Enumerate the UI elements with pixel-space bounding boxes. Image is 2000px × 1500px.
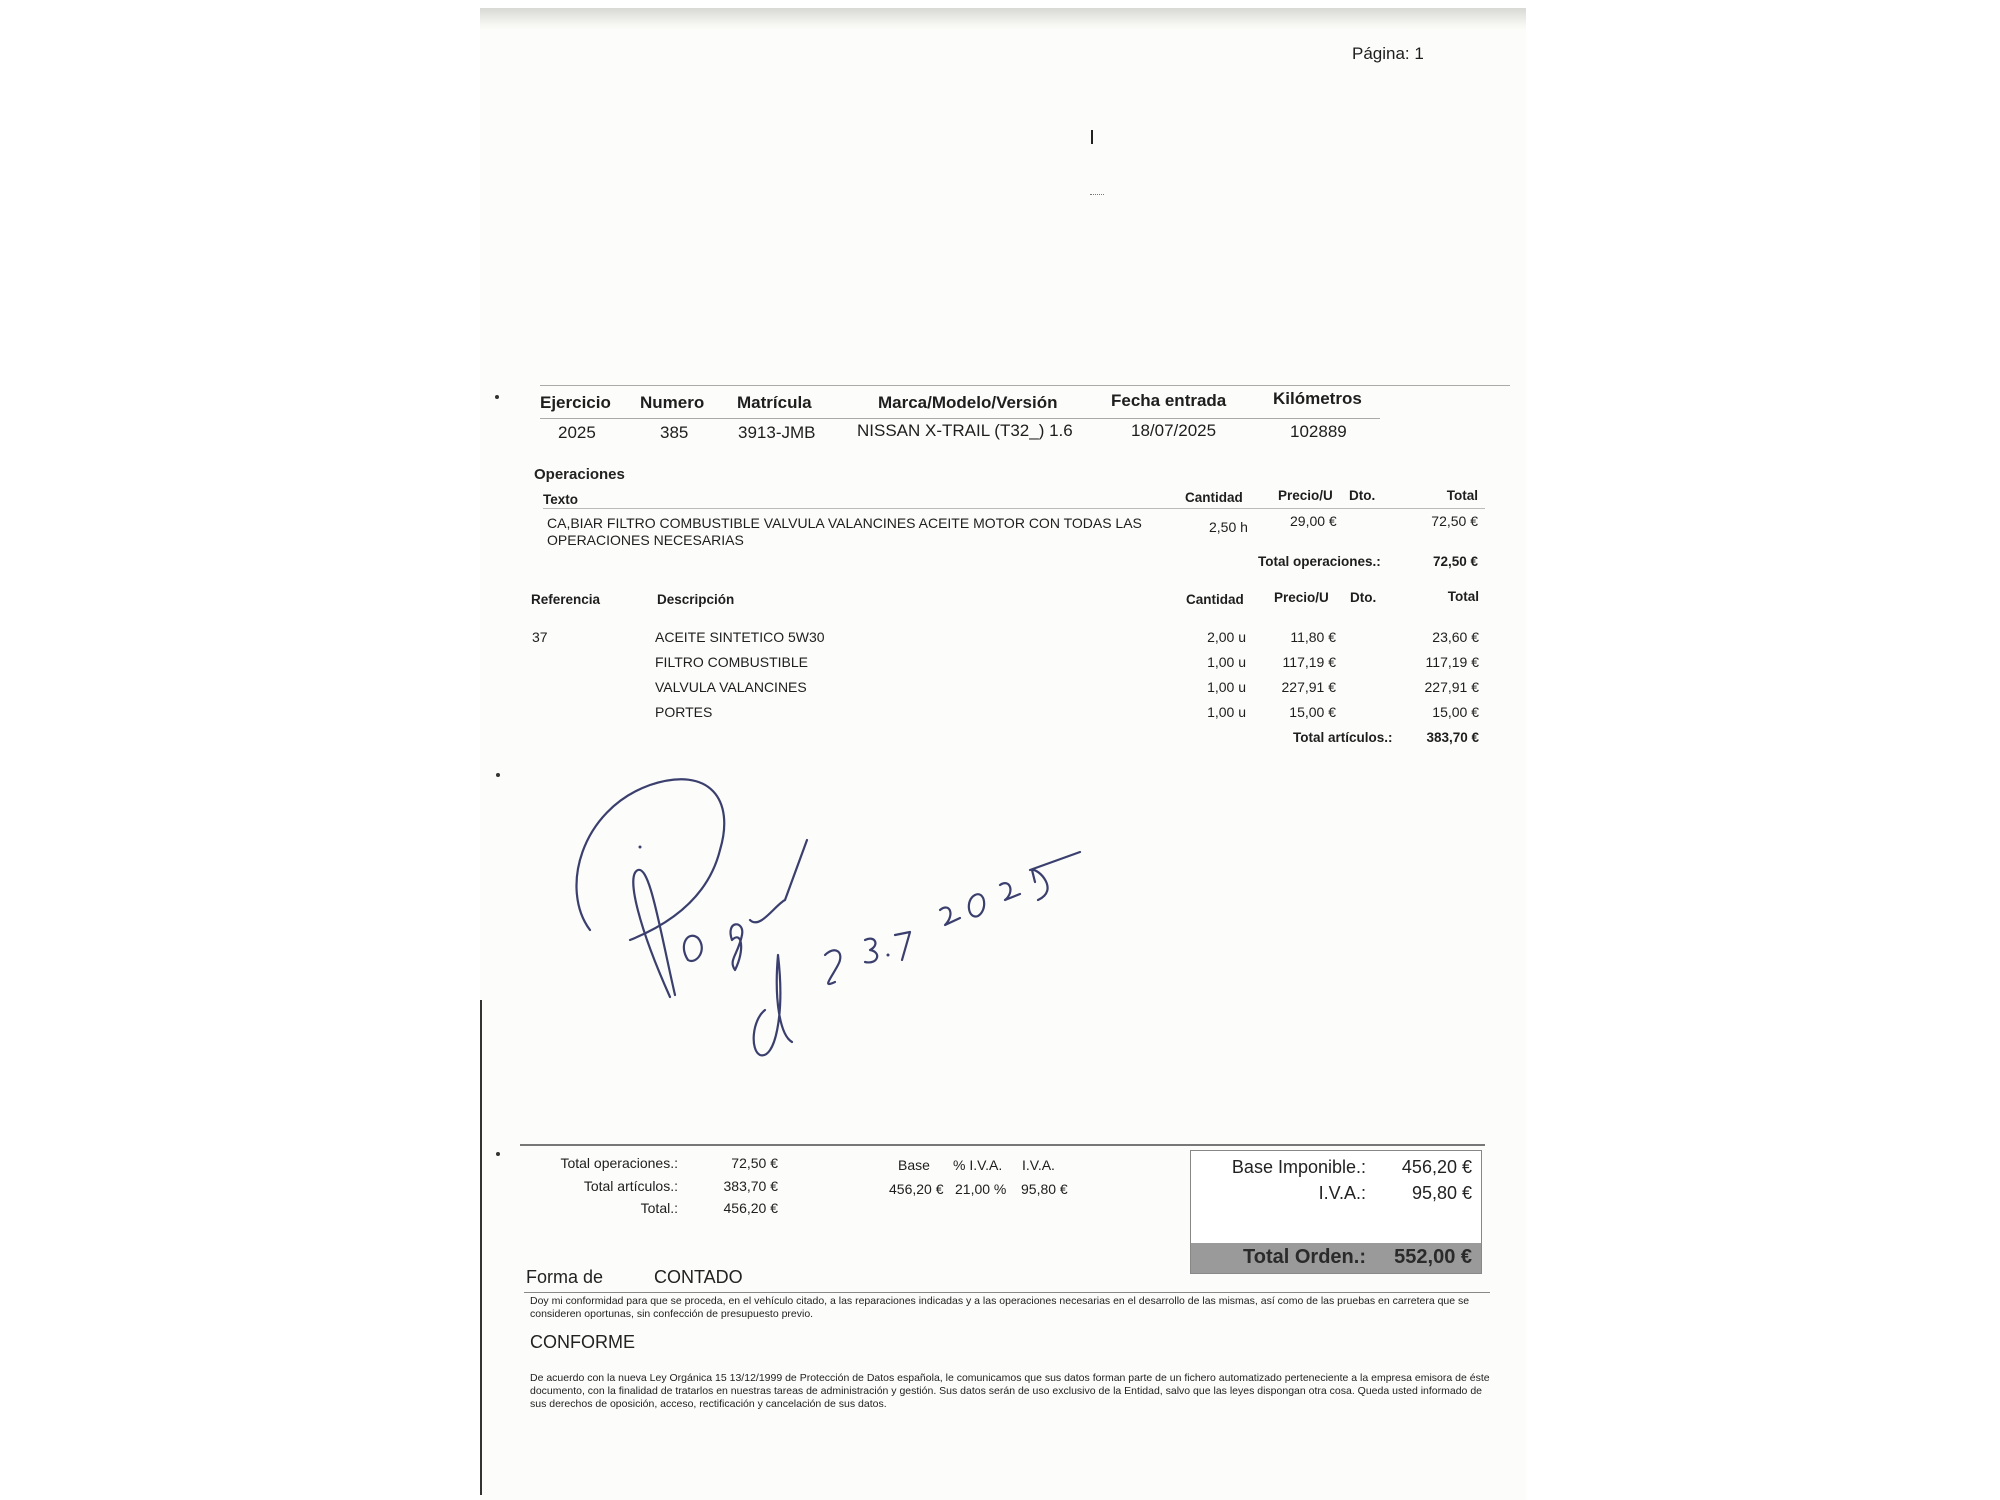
article-price: 11,80 €	[1250, 629, 1336, 645]
iva-value: 95,80 €	[1376, 1183, 1472, 1204]
summary-arts-value: 383,70 €	[690, 1178, 778, 1194]
operation-total: 72,50 €	[1390, 513, 1478, 529]
tax-base-value: 456,20 €	[889, 1181, 944, 1197]
consent-text: Doy mi conformidad para que se proceda, …	[530, 1295, 1490, 1321]
tax-col-iva: I.V.A.	[1022, 1157, 1055, 1173]
art-col-cantidad: Cantidad	[1186, 592, 1244, 607]
page-left-edge	[480, 1000, 482, 1495]
ops-col-dto: Dto.	[1349, 488, 1375, 503]
summary-arts-label: Total artículos.:	[520, 1178, 678, 1194]
iva-label: I.V.A.:	[1191, 1183, 1366, 1204]
summary-total-label: Total.:	[520, 1200, 678, 1216]
summary-ops-label: Total operaciones.:	[520, 1155, 678, 1171]
article-qty: 1,00 u	[1180, 679, 1246, 695]
punch-mark	[495, 395, 499, 399]
ops-col-precio: Precio/U	[1278, 488, 1333, 503]
punch-mark	[496, 1152, 500, 1156]
fecha-entrada-value: 18/07/2025	[1131, 421, 1216, 441]
ops-col-texto: Texto	[543, 492, 578, 507]
art-col-dto: Dto.	[1350, 590, 1376, 605]
total-orden-bar: Total Orden.: 552,00 €	[1191, 1243, 1481, 1273]
divider	[520, 1144, 1485, 1146]
tax-col-base: Base	[898, 1157, 930, 1173]
punch-mark	[496, 773, 500, 777]
payment-method: CONTADO	[654, 1267, 743, 1288]
scan-mark	[1091, 130, 1093, 144]
handwritten-paid-note	[560, 770, 1140, 1070]
article-qty: 1,00 u	[1180, 704, 1246, 720]
article-price: 227,91 €	[1250, 679, 1336, 695]
page-number: Página: 1	[1352, 44, 1424, 64]
operation-text: OPERACIONES NECESARIAS	[547, 532, 744, 548]
conforme-label: CONFORME	[530, 1332, 635, 1353]
article-total: 227,91 €	[1390, 679, 1479, 695]
operation-price: 29,00 €	[1290, 513, 1337, 529]
summary-total-value: 456,20 €	[690, 1200, 778, 1216]
art-col-descripcion: Descripción	[657, 592, 734, 607]
article-description: VALVULA VALANCINES	[655, 679, 807, 695]
tax-col-pct: % I.V.A.	[953, 1157, 1002, 1173]
vehicle-model-value: NISSAN X-TRAIL (T32_) 1.6	[857, 421, 1073, 441]
article-qty: 1,00 u	[1180, 654, 1246, 670]
divider	[540, 418, 1380, 419]
numero-value: 385	[660, 423, 688, 443]
article-total: 15,00 €	[1390, 704, 1479, 720]
ops-col-cantidad: Cantidad	[1185, 490, 1243, 505]
tax-pct-value: 21,00 %	[955, 1181, 1006, 1197]
art-col-total: Total	[1400, 589, 1479, 604]
operation-text: CA,BIAR FILTRO COMBUSTIBLE VALVULA VALAN…	[547, 515, 1142, 531]
article-description: FILTRO COMBUSTIBLE	[655, 654, 808, 670]
article-total: 117,19 €	[1390, 654, 1479, 670]
article-ref: 37	[532, 629, 548, 645]
total-orden-label: Total Orden.:	[1191, 1246, 1366, 1269]
article-price: 15,00 €	[1250, 704, 1336, 720]
ops-col-total: Total	[1400, 488, 1478, 503]
payment-label: Forma de	[526, 1267, 603, 1288]
article-qty: 2,00 u	[1180, 629, 1246, 645]
art-col-referencia: Referencia	[531, 592, 600, 607]
col-marca-modelo: Marca/Modelo/Versión	[878, 393, 1058, 413]
divider	[540, 385, 1510, 386]
article-description: ACEITE SINTETICO 5W30	[655, 629, 825, 645]
scan-shadow	[480, 8, 1526, 30]
article-price: 117,19 €	[1250, 654, 1336, 670]
operation-qty: 2,50 h	[1209, 519, 1248, 535]
base-imponible-label: Base Imponible.:	[1191, 1157, 1366, 1178]
col-ejercicio: Ejercicio	[540, 393, 620, 413]
ops-total-label: Total operaciones.:	[1258, 554, 1381, 569]
articles-total-value: 383,70 €	[1390, 730, 1479, 745]
operations-title: Operaciones	[534, 466, 625, 483]
base-imponible-value: 456,20 €	[1376, 1157, 1472, 1178]
scan-mark	[1090, 194, 1104, 197]
privacy-text: De acuerdo con la nueva Ley Orgánica 15 …	[530, 1372, 1490, 1411]
tax-iva-value: 95,80 €	[1021, 1181, 1068, 1197]
summary-ops-value: 72,50 €	[690, 1155, 778, 1171]
kilometros-value: 102889	[1290, 422, 1347, 442]
totals-box: Base Imponible.: 456,20 € I.V.A.: 95,80 …	[1190, 1150, 1482, 1274]
matricula-value: 3913-JMB	[738, 423, 815, 443]
scanned-page	[480, 8, 1526, 1500]
articles-total-label: Total artículos.:	[1293, 730, 1393, 745]
ops-total-value: 72,50 €	[1390, 554, 1478, 569]
total-orden-value: 552,00 €	[1376, 1246, 1472, 1269]
divider	[543, 508, 1485, 509]
art-col-precio: Precio/U	[1274, 590, 1329, 605]
col-matricula: Matrícula	[737, 393, 812, 413]
ejercicio-value: 2025	[558, 423, 596, 443]
article-total: 23,60 €	[1390, 629, 1479, 645]
col-kilometros: Kilómetros	[1273, 389, 1362, 409]
col-fecha-entrada: Fecha entrada	[1111, 391, 1226, 411]
article-description: PORTES	[655, 704, 712, 720]
col-numero: Numero	[640, 393, 704, 413]
divider	[524, 1292, 1490, 1293]
